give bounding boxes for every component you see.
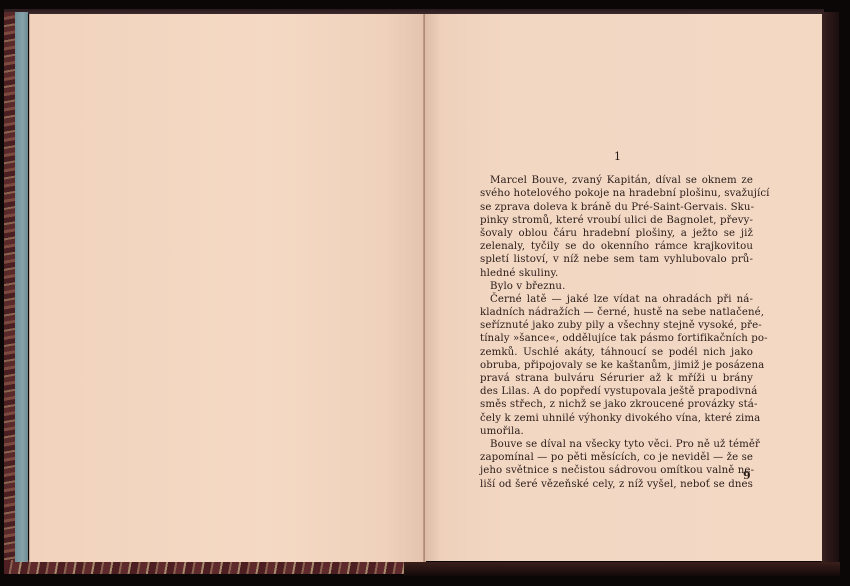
page-number: 9	[743, 469, 751, 482]
bottom-shadow	[404, 562, 840, 576]
left-page-blank	[29, 14, 425, 562]
text-line: kladních nádražích — černé, hustě na seb…	[480, 306, 753, 319]
marbled-cover-bottom-edge	[4, 560, 404, 574]
text-line: Marcel Bouve, zvaný Kapitán, díval se ok…	[480, 174, 753, 187]
text-line: čely k zemi uhnilé výhonky divokého vína…	[480, 412, 753, 425]
text-line: zemků. Uschlé akáty, táhnoucí se podél n…	[480, 346, 753, 359]
text-line: Bouve se díval na všecky tyto věci. Pro …	[480, 438, 753, 451]
text-line: des Lilas. A do popředí vystupovala ješt…	[480, 385, 753, 398]
text-line: Černé latě — jaké lze vídat na ohradách …	[480, 293, 753, 306]
text-line: hledné skuliny.	[480, 267, 753, 280]
text-line: pravá strana bulváru Sérurier až k mříži…	[480, 372, 753, 385]
right-cover-edge	[821, 12, 839, 564]
text-line: spletí listoví, v níž nebe sem tam vyhlu…	[480, 253, 753, 266]
page-text-block: 1 Marcel Bouve, zvaný Kapitán, díval se …	[480, 150, 753, 491]
text-line: liší od šeré vězeňské cely, z níž vyšel,…	[480, 478, 753, 491]
text-line: pinky stromů, které vroubí ulici de Bagn…	[480, 214, 753, 227]
text-line: zelenaly, tyčily se do okenního rámce kr…	[480, 240, 753, 253]
text-line: šovaly oblou čáru hradební plošiny, a je…	[480, 227, 753, 240]
text-line: svého hotelového pokoje na hradební ploš…	[480, 187, 753, 200]
text-line: obruba, připojovaly se ke kaštanům, jimi…	[480, 359, 753, 372]
text-line: umořila.	[480, 425, 753, 438]
text-line: tínaly »šance«, oddělujíce tak pásmo for…	[480, 332, 753, 345]
text-line: zapomínal — po pěti měsících, co je nevi…	[480, 451, 753, 464]
text-line: se zprava doleva k bráně du Pré-Saint-Ge…	[480, 201, 753, 214]
text-line: Bylo v březnu.	[480, 280, 753, 293]
chapter-number: 1	[480, 150, 753, 163]
text-line: směs střech, z nichž se jako zkroucené p…	[480, 398, 753, 411]
text-line: jeho světnice s nečistou sádrovou omítko…	[480, 464, 753, 477]
text-line: seříznuté jako zuby pily a všechny stejn…	[480, 319, 753, 332]
blue-endpaper-strip	[15, 12, 28, 562]
